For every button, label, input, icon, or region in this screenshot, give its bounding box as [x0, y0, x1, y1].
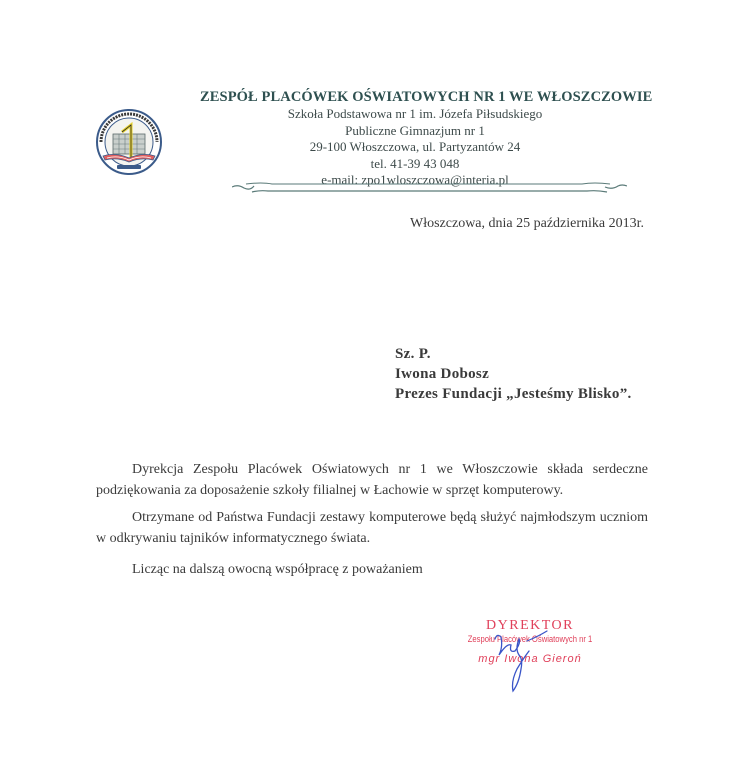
letter-body: Dyrekcja Zespołu Placówek Oświatowych nr…	[96, 459, 648, 586]
address: 29-100 Włoszczowa, ul. Partyzantów 24	[200, 139, 630, 156]
gymnasium-name: Publiczne Gimnazjum nr 1	[200, 123, 630, 140]
school-name: Szkoła Podstawowa nr 1 im. Józefa Piłsud…	[200, 106, 630, 123]
letterhead: ZESPÓŁ PLACÓWEK OŚWIATOWYCH NR 1 WE WŁOS…	[200, 88, 630, 189]
letter-date: Włoszczowa, dnia 25 października 2013r.	[410, 216, 644, 232]
recipient-position: Prezes Fundacji „Jesteśmy Blisko”.	[395, 384, 632, 404]
ornamental-divider	[232, 180, 627, 196]
body-paragraph: Otrzymane od Państwa Fundacji zestawy ko…	[96, 507, 648, 549]
recipient-name: Iwona Dobosz	[395, 364, 632, 384]
recipient-block: Sz. P. Iwona Dobosz Prezes Fundacji „Jes…	[395, 344, 632, 404]
recipient-salutation: Sz. P.	[395, 344, 632, 364]
school-emblem-icon	[93, 108, 165, 180]
closing-line: Licząc na dalszą owocną współpracę z pow…	[96, 559, 648, 580]
handwritten-signature-icon	[485, 625, 565, 695]
body-paragraph: Dyrekcja Zespołu Placówek Oświatowych nr…	[96, 459, 648, 501]
institution-title: ZESPÓŁ PLACÓWEK OŚWIATOWYCH NR 1 WE WŁOS…	[200, 88, 630, 106]
phone: tel. 41-39 43 048	[200, 156, 630, 173]
